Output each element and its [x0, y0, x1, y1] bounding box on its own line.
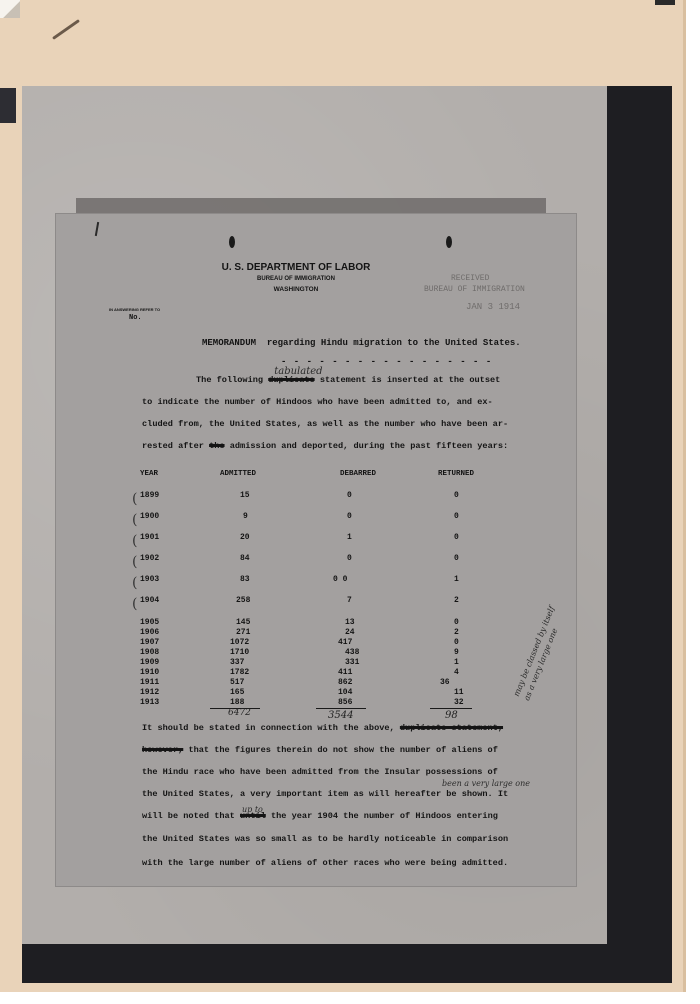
- second-para-line-2: however, that the figures therein do not…: [142, 739, 498, 761]
- intro-line-1: The following duplicate tabulated statem…: [196, 369, 500, 391]
- memorandum-page: U. S. DEPARTMENT OF LABOR BUREAU OF IMMI…: [55, 213, 577, 887]
- table-row: 190817104389: [140, 648, 500, 658]
- folder-bottom-edge: [22, 983, 672, 988]
- handwritten-insert: been a very large one: [442, 773, 530, 795]
- second-para-line-7: with the large number of aliens of other…: [142, 852, 508, 874]
- memo-label: MEMORANDUM: [202, 338, 256, 348]
- second-para-line-5: will be noted that until up to the year …: [142, 805, 498, 827]
- table-row: 191017824114: [140, 668, 500, 678]
- punch-hole: [229, 236, 235, 248]
- second-para-line-6: the United States was so small as to be …: [142, 828, 508, 850]
- reference-number-label: No.: [129, 314, 142, 322]
- table-row: (19028400: [140, 554, 500, 566]
- intro-line-3: cluded from, the United States, as well …: [142, 413, 508, 435]
- table-row: 19093373311: [140, 658, 500, 668]
- col-header-debarred: DEBARRED: [340, 470, 376, 478]
- received-stamp-line1: RECEIVED: [451, 274, 489, 283]
- memo-subject: regarding Hindu migration to the United …: [267, 338, 521, 348]
- table-row: (190425872: [140, 596, 500, 608]
- table-row: (1900900: [140, 512, 500, 524]
- table-row: 1906271242: [140, 628, 500, 638]
- table-row: (1903830 01: [140, 575, 500, 587]
- table-row: 190710724170: [140, 638, 500, 648]
- col-header-admitted: ADMITTED: [220, 470, 256, 478]
- handwritten-margin-note: may be classed by itself as a very large…: [511, 604, 568, 702]
- handwritten-insert: up to: [242, 799, 263, 821]
- pen-mark: [95, 222, 99, 236]
- second-para-line-4: the United States, a very important item…: [142, 783, 508, 805]
- handwritten-insert: tabulated: [274, 361, 322, 383]
- intro-line-2: to indicate the number of Hindoos who ha…: [142, 391, 493, 413]
- letterhead-department: U. S. DEPARTMENT OF LABOR: [36, 262, 556, 273]
- sum-line: [430, 708, 472, 709]
- edge-mark: [655, 0, 675, 5]
- folded-corner: [0, 0, 20, 18]
- table-row: (19012010: [140, 533, 500, 545]
- table-row: (18991500: [140, 491, 500, 503]
- punch-hole: [446, 236, 452, 248]
- table-row: 191151786236: [140, 678, 500, 688]
- reference-label: IN ANSWERING REFER TO: [109, 307, 160, 312]
- table-row: 191318885632: [140, 698, 500, 708]
- memo-title: MEMORANDUM regarding Hindu migration to …: [202, 338, 521, 348]
- intro-line-4: rested after the admission and deported,…: [142, 435, 508, 457]
- received-stamp-date: JAN 3 1914: [466, 302, 520, 312]
- table-row: 1905145130: [140, 618, 500, 628]
- page-top-shadow: [76, 198, 546, 214]
- received-stamp-line2: BUREAU OF IMMIGRATION: [424, 285, 525, 294]
- col-header-year: YEAR: [140, 470, 158, 478]
- sum-line: [316, 708, 366, 709]
- col-header-returned: RETURNED: [438, 470, 474, 478]
- second-para-line-1: It should be stated in connection with t…: [142, 717, 503, 739]
- table-row: 191216510411: [140, 688, 500, 698]
- left-edge-mark: [0, 88, 16, 123]
